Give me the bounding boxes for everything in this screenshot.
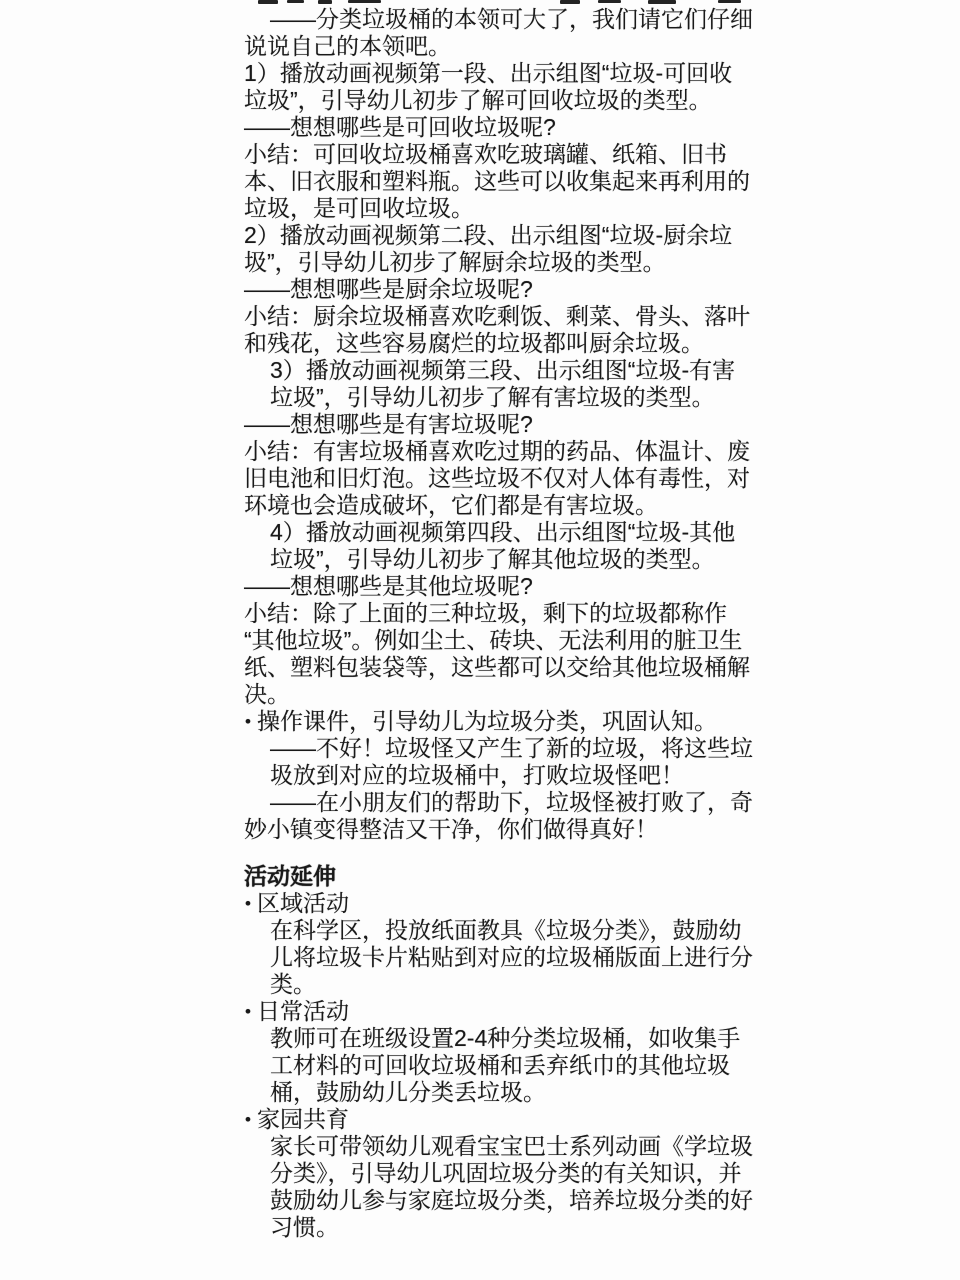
text-line: 垃圾，是可回收垃圾。 (244, 195, 804, 222)
text-line: •家园共育 (244, 1106, 804, 1133)
line-text: 鼓励幼儿参与家庭垃圾分类，培养垃圾分类的好 (270, 1187, 753, 1213)
text-line: 1）播放动画视频第一段、出示组图“垃圾-可回收 (244, 60, 804, 87)
line-text: 本、旧衣服和塑料瓶。这些可以收集起来再利用的 (244, 168, 750, 194)
line-text: 小结：有害垃圾桶喜欢吃过期的药品、体温计、废 (244, 438, 750, 464)
line-text: 和残花，这些容易腐烂的垃圾都叫厨余垃圾。 (244, 330, 704, 356)
line-text: 在科学区，投放纸面教具《垃圾分类》，鼓励幼 (270, 917, 742, 943)
line-text: 分类》，引导幼儿巩固垃圾分类的有关知识，并 (270, 1160, 742, 1186)
document-body: ——分类垃圾桶的本领可大了，我们请它们仔细说说自己的本领吧。1）播放动画视频第一… (244, 6, 804, 1241)
line-text: 4）播放动画视频第四段、出示组图“垃圾-其他 (270, 519, 735, 545)
text-line: 2）播放动画视频第二段、出示组图“垃圾-厨余垃 (244, 222, 804, 249)
text-line: 说说自己的本领吧。 (244, 33, 804, 60)
line-text: “其他垃圾”。例如尘土、砖块、无法利用的脏卫生 (244, 627, 742, 653)
line-text: 圾放到对应的垃圾桶中，打败垃圾怪吧！ (270, 762, 684, 788)
text-line: ——想想哪些是可回收垃圾呢? (244, 114, 804, 141)
line-text: 类。 (270, 971, 316, 997)
line-text: 说说自己的本领吧。 (244, 33, 451, 59)
text-line: •日常活动 (244, 998, 804, 1025)
line-text: 日常活动 (257, 998, 349, 1024)
text-line: “其他垃圾”。例如尘土、砖块、无法利用的脏卫生 (244, 627, 804, 654)
line-text: ——想想哪些是可回收垃圾呢? (244, 114, 556, 140)
text-line: 旧电池和旧灯泡。这些垃圾不仅对人体有毒性，对 (244, 465, 804, 492)
line-text: 决。 (244, 681, 290, 707)
text-line: ——想想哪些是其他垃圾呢? (244, 573, 804, 600)
text-line: 类。 (244, 971, 804, 998)
scanned-document-page: ——分类垃圾桶的本领可大了，我们请它们仔细说说自己的本领吧。1）播放动画视频第一… (0, 0, 960, 1280)
line-text: ——想想哪些是厨余垃圾呢? (244, 276, 533, 302)
line-text: 垃圾”，引导幼儿初步了解可回收垃圾的类型。 (244, 87, 712, 113)
text-line: 和残花，这些容易腐烂的垃圾都叫厨余垃圾。 (244, 330, 804, 357)
line-text: 工材料的可回收垃圾桶和丢弃纸巾的其他垃圾 (270, 1052, 730, 1078)
text-line: •操作课件，引导幼儿为垃圾分类，巩固认知。 (244, 708, 804, 735)
text-line: 习惯。 (244, 1214, 804, 1241)
line-text: ——想想哪些是有害垃圾呢? (244, 411, 533, 437)
text-line: 决。 (244, 681, 804, 708)
line-text: 垃圾”，引导幼儿初步了解有害垃圾的类型。 (270, 384, 715, 410)
text-line: 在科学区，投放纸面教具《垃圾分类》，鼓励幼 (244, 917, 804, 944)
text-line: 垃圾”，引导幼儿初步了解有害垃圾的类型。 (244, 384, 804, 411)
bullet-icon: • (245, 890, 257, 917)
text-line: 工材料的可回收垃圾桶和丢弃纸巾的其他垃圾 (244, 1052, 804, 1079)
text-line: 4）播放动画视频第四段、出示组图“垃圾-其他 (244, 519, 804, 546)
line-text: 家长可带领幼儿观看宝宝巴士系列动画《学垃圾 (270, 1133, 753, 1159)
text-line: 小结：除了上面的三种垃圾，剩下的垃圾都称作 (244, 600, 804, 627)
text-line: 小结：可回收垃圾桶喜欢吃玻璃罐、纸箱、旧书 (244, 141, 804, 168)
text-line: 圾”，引导幼儿初步了解厨余垃圾的类型。 (244, 249, 804, 276)
line-text: 纸、塑料包装袋等，这些都可以交给其他垃圾桶解 (244, 654, 750, 680)
text-line: 桶，鼓励幼儿分类丢垃圾。 (244, 1079, 804, 1106)
text-line: 纸、塑料包装袋等，这些都可以交给其他垃圾桶解 (244, 654, 804, 681)
text-line: 本、旧衣服和塑料瓶。这些可以收集起来再利用的 (244, 168, 804, 195)
line-text: 垃圾，是可回收垃圾。 (244, 195, 474, 221)
line-text: 习惯。 (270, 1214, 339, 1240)
text-line: 环境也会造成破坏，它们都是有害垃圾。 (244, 492, 804, 519)
line-text: ——不好！垃圾怪又产生了新的垃圾，将这些垃 (270, 735, 753, 761)
text-line: ——想想哪些是有害垃圾呢? (244, 411, 804, 438)
line-text: 环境也会造成破坏，它们都是有害垃圾。 (244, 492, 658, 518)
line-text: 儿将垃圾卡片粘贴到对应的垃圾桶版面上进行分 (270, 944, 753, 970)
text-line: 圾放到对应的垃圾桶中，打败垃圾怪吧！ (244, 762, 804, 789)
bullet-icon: • (245, 998, 257, 1025)
line-text: 垃圾”，引导幼儿初步了解其他垃圾的类型。 (270, 546, 715, 572)
text-line: •区域活动 (244, 890, 804, 917)
line-text: ——在小朋友们的帮助下，垃圾怪被打败了，奇 (270, 789, 753, 815)
text-line: 垃圾”，引导幼儿初步了解其他垃圾的类型。 (244, 546, 804, 573)
bullet-icon: • (245, 708, 257, 735)
text-line: 垃圾”，引导幼儿初步了解可回收垃圾的类型。 (244, 87, 804, 114)
text-line: ——不好！垃圾怪又产生了新的垃圾，将这些垃 (244, 735, 804, 762)
line-text: ——想想哪些是其他垃圾呢? (244, 573, 533, 599)
text-line: 3）播放动画视频第三段、出示组图“垃圾-有害 (244, 357, 804, 384)
line-text: 小结：除了上面的三种垃圾，剩下的垃圾都称作 (244, 600, 727, 626)
line-text: 活动延伸 (244, 863, 336, 889)
line-text: 妙小镇变得整洁又干净，你们做得真好！ (244, 816, 658, 842)
text-line: ——在小朋友们的帮助下，垃圾怪被打败了，奇 (244, 789, 804, 816)
line-text: 小结：厨余垃圾桶喜欢吃剩饭、剩菜、骨头、落叶 (244, 303, 750, 329)
text-line: 小结：有害垃圾桶喜欢吃过期的药品、体温计、废 (244, 438, 804, 465)
line-text: 小结：可回收垃圾桶喜欢吃玻璃罐、纸箱、旧书 (244, 141, 727, 167)
line-text: ——分类垃圾桶的本领可大了，我们请它们仔细 (270, 6, 753, 32)
line-text: 2）播放动画视频第二段、出示组图“垃圾-厨余垃 (244, 222, 732, 248)
line-text: 旧电池和旧灯泡。这些垃圾不仅对人体有毒性，对 (244, 465, 750, 491)
text-line: 小结：厨余垃圾桶喜欢吃剩饭、剩菜、骨头、落叶 (244, 303, 804, 330)
text-line: 妙小镇变得整洁又干净，你们做得真好！ (244, 816, 804, 843)
text-line: ——想想哪些是厨余垃圾呢? (244, 276, 804, 303)
line-text: 圾”，引导幼儿初步了解厨余垃圾的类型。 (244, 249, 666, 275)
line-text: 家园共育 (257, 1106, 349, 1132)
line-text: 教师可在班级设置2-4种分类垃圾桶，如收集手 (270, 1025, 740, 1051)
line-text: 桶，鼓励幼儿分类丢垃圾。 (270, 1079, 546, 1105)
bullet-icon: • (245, 1106, 257, 1133)
line-text: 操作课件，引导幼儿为垃圾分类，巩固认知。 (257, 708, 717, 734)
line-text: 1）播放动画视频第一段、出示组图“垃圾-可回收 (244, 60, 732, 86)
section-heading: 活动延伸 (244, 863, 804, 890)
text-line: 鼓励幼儿参与家庭垃圾分类，培养垃圾分类的好 (244, 1187, 804, 1214)
text-line: 家长可带领幼儿观看宝宝巴士系列动画《学垃圾 (244, 1133, 804, 1160)
line-text: 3）播放动画视频第三段、出示组图“垃圾-有害 (270, 357, 735, 383)
text-line: ——分类垃圾桶的本领可大了，我们请它们仔细 (244, 6, 804, 33)
text-line: 分类》，引导幼儿巩固垃圾分类的有关知识，并 (244, 1160, 804, 1187)
line-text: 区域活动 (257, 890, 349, 916)
text-line: 儿将垃圾卡片粘贴到对应的垃圾桶版面上进行分 (244, 944, 804, 971)
text-line: 教师可在班级设置2-4种分类垃圾桶，如收集手 (244, 1025, 804, 1052)
